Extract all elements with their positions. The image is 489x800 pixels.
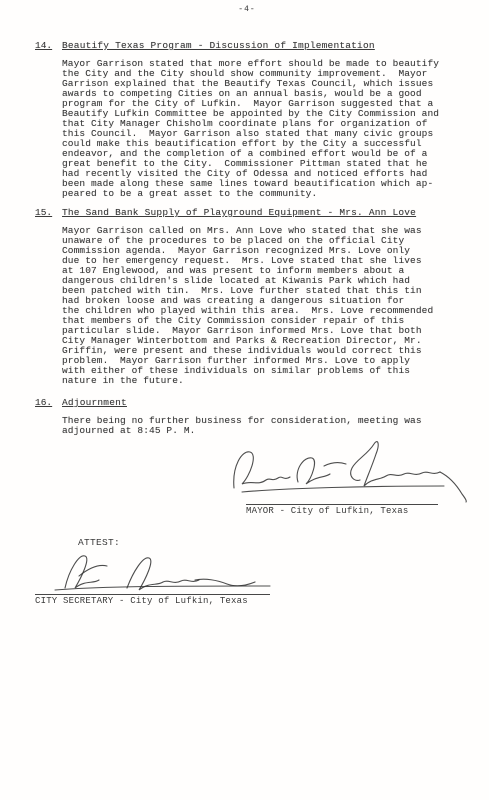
item-paragraph: Mayor Garrison stated that more effort s… bbox=[62, 59, 459, 199]
agenda-item-heading: 16. Adjournment bbox=[35, 397, 459, 408]
document-page: -4- 14. Beautify Texas Program - Discuss… bbox=[0, 0, 489, 800]
agenda-item-15: 15. The Sand Bank Supply of Playground E… bbox=[35, 207, 459, 386]
secretary-handwritten-signature bbox=[35, 550, 285, 594]
item-title: Beautify Texas Program - Discussion of I… bbox=[62, 40, 375, 51]
mayor-handwritten-signature bbox=[228, 436, 468, 504]
page-number: -4- bbox=[35, 5, 459, 14]
item-paragraph: There being no further business for cons… bbox=[62, 416, 459, 436]
mayor-title-line: MAYOR - City of Lufkin, Texas bbox=[246, 504, 438, 516]
attest-label: ATTEST: bbox=[78, 537, 120, 548]
item-number: 14. bbox=[35, 40, 62, 51]
agenda-item-14: 14. Beautify Texas Program - Discussion … bbox=[35, 40, 459, 199]
secretary-title-line: CITY SECRETARY - City of Lufkin, Texas bbox=[35, 594, 270, 606]
secretary-signature-block: CITY SECRETARY - City of Lufkin, Texas bbox=[35, 550, 285, 606]
agenda-item-heading: 15. The Sand Bank Supply of Playground E… bbox=[35, 207, 459, 218]
scanned-content: -4- 14. Beautify Texas Program - Discuss… bbox=[0, 0, 489, 800]
mayor-signature-block: MAYOR - City of Lufkin, Texas bbox=[228, 436, 468, 516]
item-paragraph: Mayor Garrison called on Mrs. Ann Love w… bbox=[62, 226, 459, 386]
agenda-item-heading: 14. Beautify Texas Program - Discussion … bbox=[35, 40, 459, 51]
item-title: The Sand Bank Supply of Playground Equip… bbox=[62, 207, 416, 218]
item-title: Adjournment bbox=[62, 397, 127, 408]
item-number: 15. bbox=[35, 207, 62, 218]
agenda-item-16: 16. Adjournment There being no further b… bbox=[35, 397, 459, 436]
item-number: 16. bbox=[35, 397, 62, 408]
